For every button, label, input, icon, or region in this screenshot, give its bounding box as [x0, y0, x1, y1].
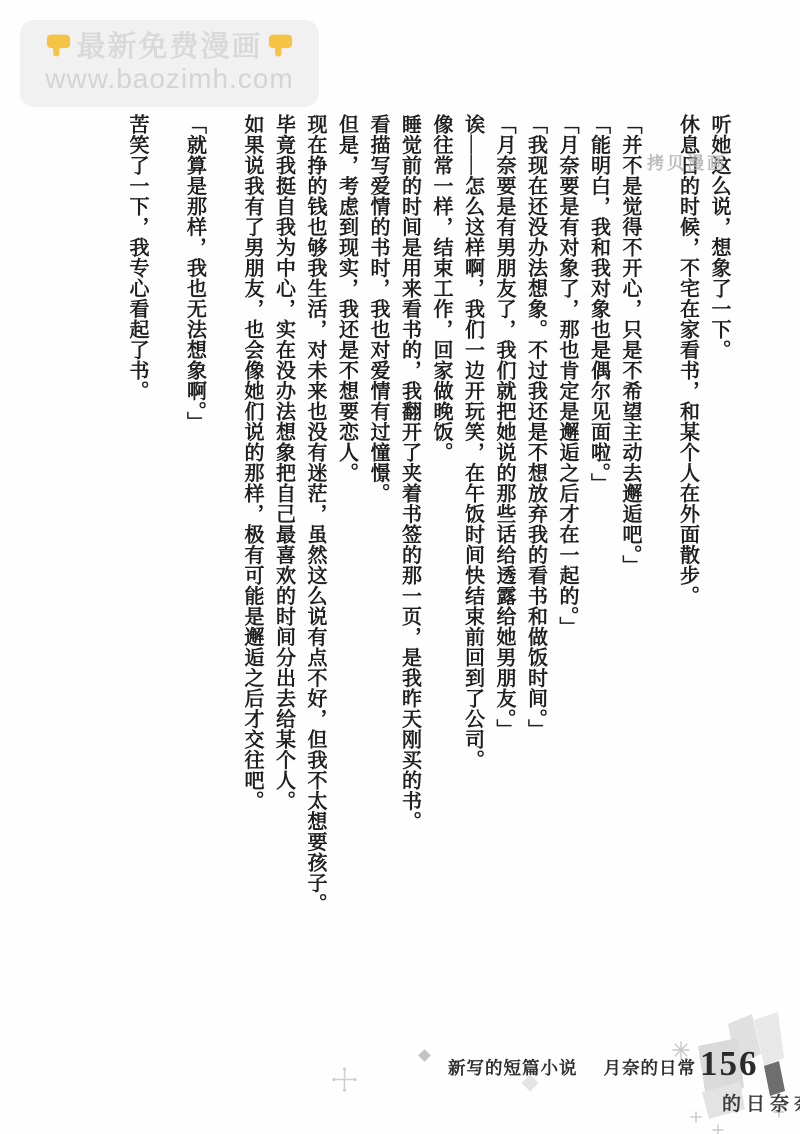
corner-bleed-text: 的日奈奈的 — [722, 1089, 800, 1116]
narration-paragraph: 诶——怎么这样啊，我们一边开玩笑，在午饭时间快结束前回到了公司。 — [456, 114, 488, 1019]
page-number: 156 — [700, 1044, 759, 1084]
novel-page: 最新免费漫画 www.baozimh.com 拷贝漫画 听她这么说，想象了一下。… — [0, 0, 800, 1134]
narration-paragraph: 像往常一样，结束工作，回家做晚饭。 — [425, 114, 457, 1019]
hand-pointing-down-icon — [268, 32, 293, 57]
narration-paragraph: 如果说我有了男朋友，也会像她们说的那样，极有可能是邂逅之后才交往吧。 — [236, 114, 268, 1019]
dialogue-paragraph: 「就算是那样，我也无法想象啊。」 — [178, 114, 210, 1019]
diamond-sparkle-icon — [418, 1049, 431, 1062]
narration-paragraph: 现在挣的钱也够我生活，对未来也没有迷茫，虽然这么说有点不好，但我不太想要孩子。 — [299, 114, 331, 1019]
dialogue-paragraph: 「并不是觉得不开心，只是不希望主动去邂逅吧。」 — [614, 114, 646, 1019]
narration-paragraph: 睡觉前的时间是用来看书的，我翻开了夹着书签的那一页，是我昨天刚买的书。 — [393, 114, 425, 1019]
promo-title-row: 最新免费漫画 — [20, 26, 319, 62]
dialogue-paragraph: 「我现在还没办法想象。不过我还是不想放弃我的看书和做饭时间。」 — [519, 114, 551, 1019]
narration-paragraph: 但是，考虑到现实，我还是不想要恋人。 — [330, 114, 362, 1019]
series-title: 新写的短篇小说 — [448, 1055, 578, 1080]
novel-text-block: 听她这么说，想象了一下。 休息日的时候，不宅在家看书，和某个人在外面散步。 「并… — [121, 114, 735, 1019]
cross-sparkle-icon — [331, 1066, 358, 1093]
baozimh-promo-watermark: 最新免费漫画 www.baozimh.com — [20, 20, 319, 107]
dialogue-paragraph: 「能明白，我和我对象也是偶尔见面啦。」 — [582, 114, 614, 1019]
promo-title: 最新免费漫画 — [76, 24, 262, 65]
chapter-title: 月奈的日常 — [604, 1055, 697, 1080]
narration-paragraph: 看描写爱情的书时，我也对爱情有过憧憬。 — [362, 114, 394, 1019]
footer-title: 新写的短篇小说 月奈的日常 — [448, 1055, 696, 1080]
narration-paragraph: 休息日的时候，不宅在家看书，和某个人在外面散步。 — [671, 114, 703, 1019]
dialogue-paragraph: 「月奈要是有对象了，那也肯定是邂逅之后才在一起的。」 — [551, 114, 583, 1019]
hand-pointing-down-icon — [46, 32, 71, 57]
narration-paragraph: 苦笑了一下，我专心看起了书。 — [121, 114, 153, 1019]
promo-url: www.baozimh.com — [20, 63, 319, 95]
copymanga-watermark: 拷贝漫画 — [647, 149, 727, 174]
narration-paragraph: 毕竟我挺自我为中心，实在没办法想象把自己最喜欢的时间分出去给某个人。 — [267, 114, 299, 1019]
narration-paragraph: 听她这么说，想象了一下。 — [703, 114, 735, 1019]
dialogue-paragraph: 「月奈要是有男朋友了，我们就把她说的那些话给透露给她男朋友。」 — [488, 114, 520, 1019]
